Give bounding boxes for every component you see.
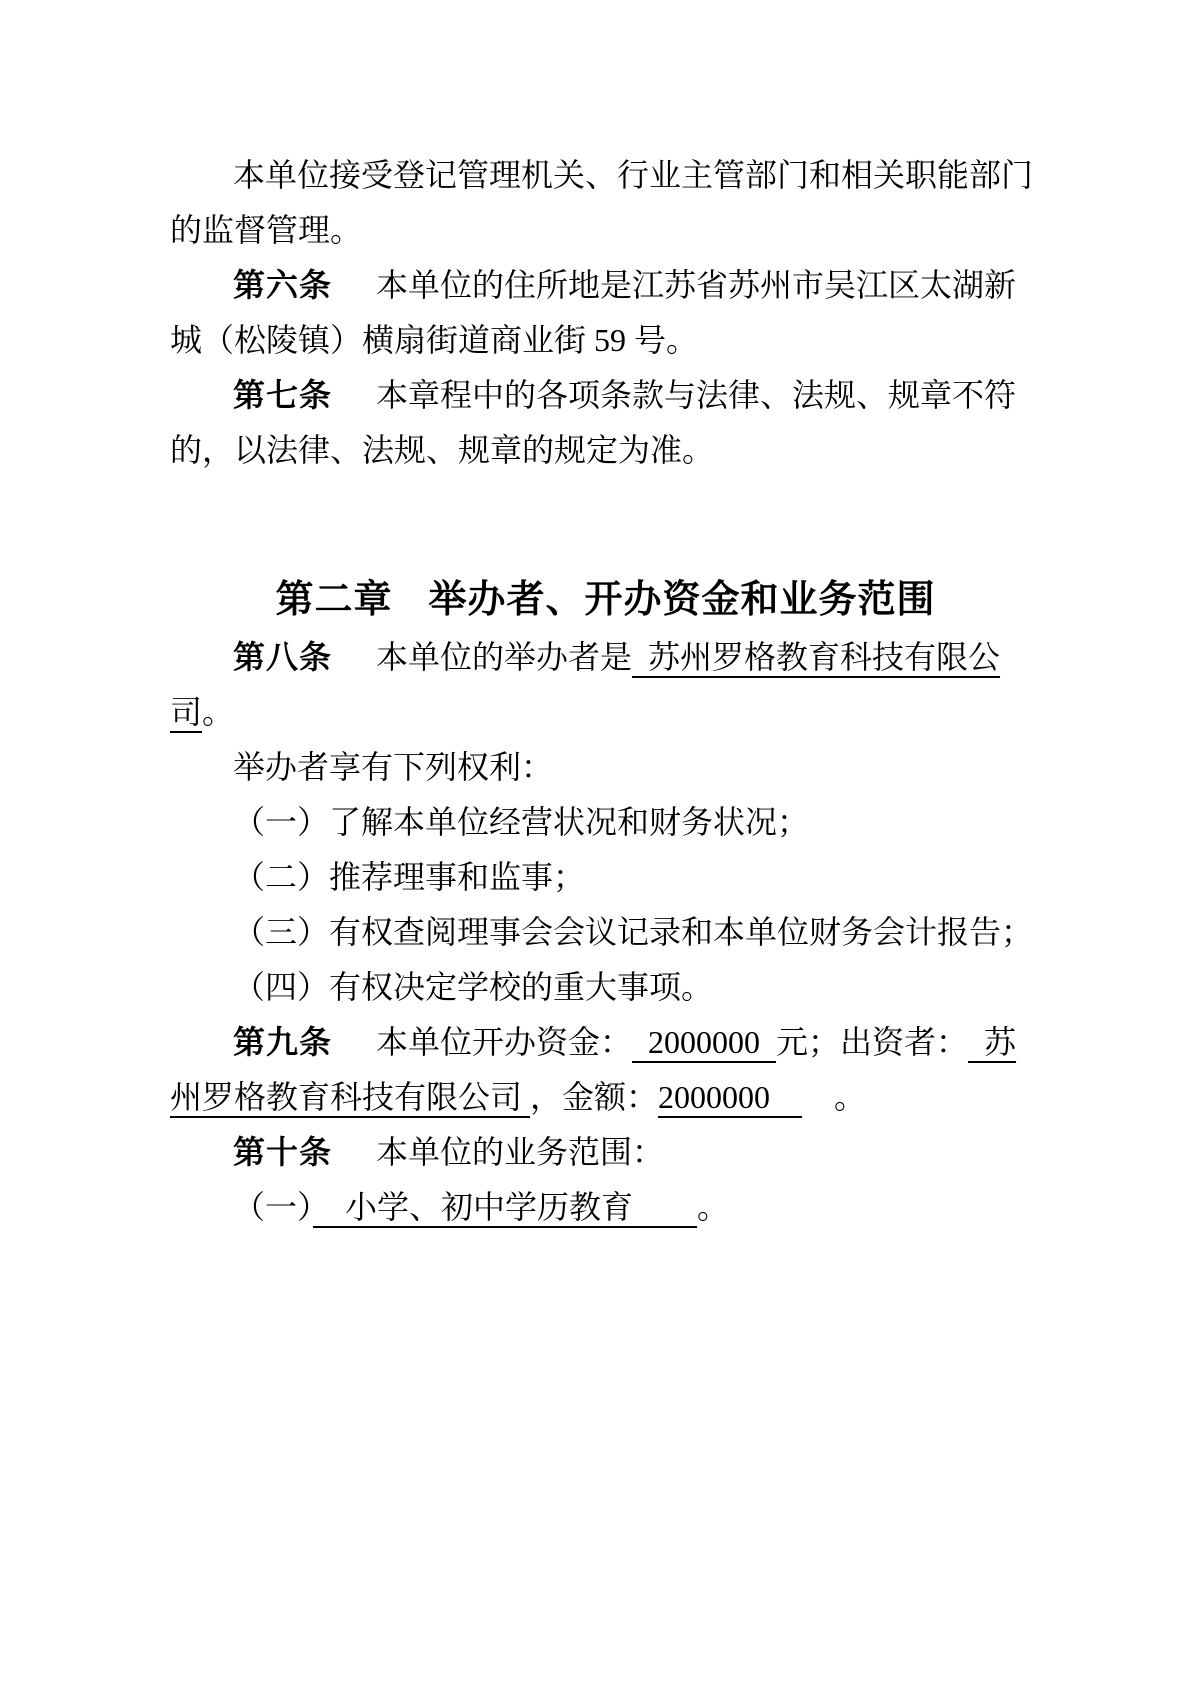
article-8-number: 第八条 xyxy=(233,639,332,675)
article-7-number: 第七条 xyxy=(233,377,332,413)
rights-intro: 举办者享有下列权利： xyxy=(170,740,1041,795)
article-8-period: 。 xyxy=(202,694,234,730)
article-6-number: 第六条 xyxy=(233,267,332,303)
article-9-mid2: ，金额： xyxy=(530,1079,658,1115)
article-9-mid1: 元；出资者： xyxy=(776,1024,968,1060)
right-item-3: （三）有权查阅理事会会议记录和本单位财务会计报告； xyxy=(170,905,1041,960)
rights-intro-text: 举办者享有下列权利： xyxy=(233,749,553,785)
paragraph-supervision: 本单位接受登记管理机关、行业主管部门和相关职能部门的监督管理。 xyxy=(170,148,1041,258)
right-item-4-text: （四）有权决定学校的重大事项。 xyxy=(233,969,713,1005)
article-10-item-1-label: （一） xyxy=(233,1189,313,1225)
chapter-2-title: 举办者、开办资金和业务范围 xyxy=(429,579,936,621)
article-10: 第十条本单位的业务范围： xyxy=(170,1125,1041,1180)
right-item-1-text: （一）了解本单位经营状况和财务状况； xyxy=(233,804,809,840)
chapter-2-number: 第二章 xyxy=(275,579,392,621)
article-10-number: 第十条 xyxy=(233,1134,332,1170)
document-page: 本单位接受登记管理机关、行业主管部门和相关职能部门的监督管理。 第六条本单位的住… xyxy=(0,0,1191,1684)
chapter-2-heading: 第二章举办者、开办资金和业务范围 xyxy=(170,570,1041,630)
article-7: 第七条本章程中的各项条款与法律、法规、规章不符的，以法律、法规、规章的规定为准。 xyxy=(170,368,1041,478)
paragraph-supervision-text: 本单位接受登记管理机关、行业主管部门和相关职能部门的监督管理。 xyxy=(170,157,1033,248)
article-9-amount2-blank: 2000000 xyxy=(658,1079,802,1115)
article-10-lead: 本单位的业务范围： xyxy=(376,1134,664,1170)
article-9: 第九条本单位开办资金： 2000000 元；出资者： 苏州罗格教育科技有限公司 … xyxy=(170,1015,1041,1125)
right-item-2: （二）推荐理事和监事； xyxy=(170,850,1041,905)
article-10-scope-blank: 小学、初中学历教育 xyxy=(313,1189,697,1225)
article-10-item-1: （一） 小学、初中学历教育 。 xyxy=(170,1180,1041,1235)
right-item-2-text: （二）推荐理事和监事； xyxy=(233,859,585,895)
right-item-4: （四）有权决定学校的重大事项。 xyxy=(170,960,1041,1015)
article-10-item-1-period: 。 xyxy=(697,1189,729,1225)
article-9-number: 第九条 xyxy=(233,1024,332,1060)
article-9-tail: 。 xyxy=(802,1079,866,1115)
right-item-1: （一）了解本单位经营状况和财务状况； xyxy=(170,795,1041,850)
article-9-lead: 本单位开办资金： xyxy=(376,1024,632,1060)
article-8-lead: 本单位的举办者是 xyxy=(376,639,632,675)
article-8: 第八条本单位的举办者是 苏州罗格教育科技有限公司。 xyxy=(170,630,1041,740)
article-6: 第六条本单位的住所地是江苏省苏州市吴江区太湖新城（松陵镇）横扇街道商业街 59 … xyxy=(170,258,1041,368)
article-9-amount-blank: 2000000 xyxy=(632,1024,776,1060)
right-item-3-text: （三）有权查阅理事会会议记录和本单位财务会计报告； xyxy=(233,914,1033,950)
